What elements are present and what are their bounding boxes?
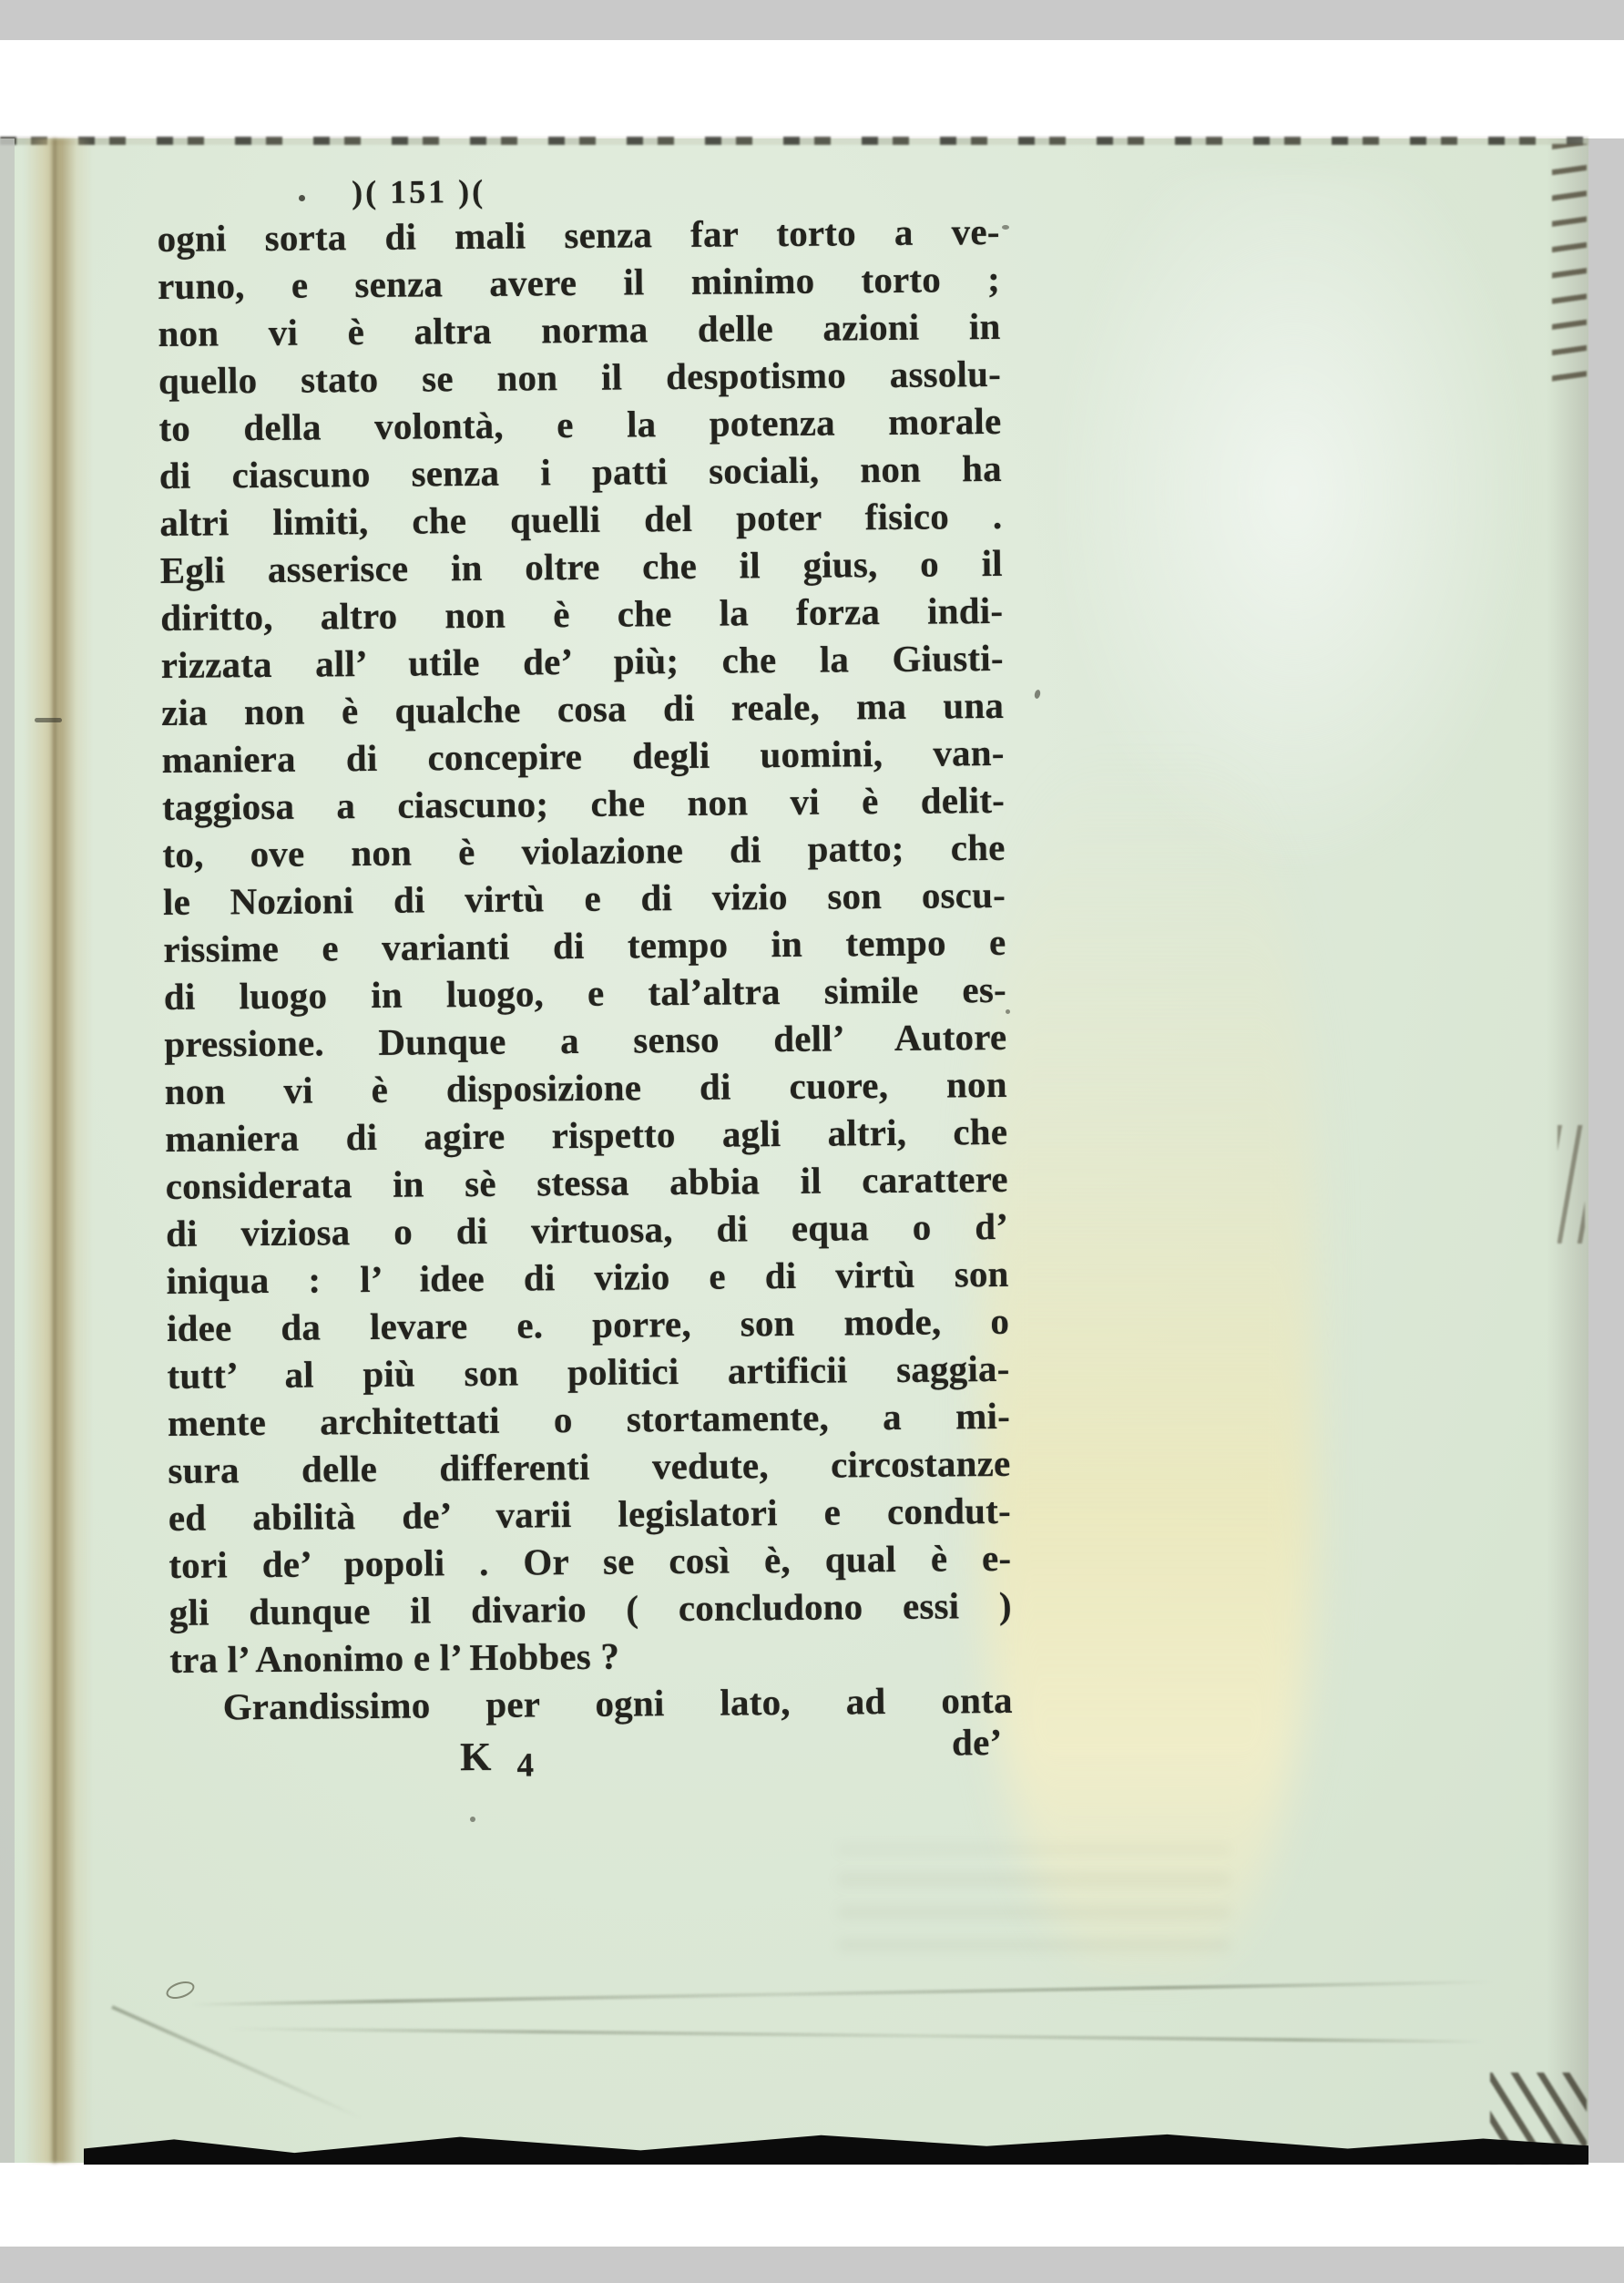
text-line: ed abilità de’ varii legislatori e condu… [169, 1487, 1011, 1541]
text-line: non vi è altra norma delle azioni in [158, 302, 1000, 357]
text-line: zia non è qualche cosa di reale, ma una [161, 681, 1004, 736]
text-line: runo, e senza avere il minimo torto ; [158, 255, 1000, 310]
text-line: maniera di concepire degli uomini, van- [161, 729, 1004, 783]
text-line: gli dunque il divario ( concludono essi … [169, 1582, 1012, 1636]
text-line: considerata in sè stessa abbia il caratt… [165, 1155, 1007, 1210]
text-line: to della volontà, e la potenza morale [158, 397, 1001, 452]
scanned-book-photo: )( 151 )( ogni sorta di mali senza far t… [0, 0, 1624, 2283]
text-line: le Nozioni di virtù e di vizio son oscu- [163, 871, 1006, 926]
text-line: iniqua : l’ idee di vizio e di virtù son [166, 1250, 1008, 1305]
text-column: )( 151 )( ogni sorta di mali senza far t… [157, 166, 1013, 1793]
scanner-white-band-bottom [0, 2163, 1624, 2247]
margin-dash [35, 718, 62, 722]
text-line: di ciascuno senza i patti sociali, non h… [159, 445, 1002, 499]
text-line: altri limiti, che quelli del poter fisic… [159, 492, 1002, 547]
text-line: to, ove non è violazione di patto; che [162, 824, 1005, 878]
signature-row: K4 de’ [170, 1729, 1014, 1793]
text-line: maniera di agire rispetto agli altri, ch… [165, 1108, 1007, 1162]
torn-edge-top-right [1552, 144, 1587, 390]
text-line: pressione. Dunque a senso dell’ Autore [164, 1013, 1006, 1068]
ink-bleedthrough [838, 1846, 1230, 1951]
body-text: ogni sorta di mali senza far torto a ve-… [157, 208, 1012, 1731]
page-left-edge-shade [0, 138, 15, 2163]
page-top-edge [0, 137, 1588, 145]
text-line: mente architettati o stortamente, a mi- [168, 1392, 1010, 1447]
signature-number: 4 [516, 1746, 536, 1784]
text-line: diritto, altro non è che la forza indi- [160, 587, 1003, 641]
signature-letter: K [460, 1735, 494, 1779]
text-line: tori de’ popoli . Or se così è, qual è e… [169, 1534, 1011, 1589]
text-line: rizzata all’ utile de’ più; che la Giust… [160, 634, 1003, 689]
ink-speck [1002, 225, 1009, 230]
text-line: Grandissimo per ogni lato, ad onta [169, 1676, 1012, 1731]
binding-fold [24, 138, 93, 2163]
text-line: rissime e varianti di tempo in tempo e [163, 918, 1006, 973]
binding-fold-line [53, 138, 56, 2163]
text-line: taggiosa a ciascuno; che non vi è delit- [162, 776, 1005, 831]
text-line: di viziosa o di virtuosa, di equa o d’ [166, 1203, 1008, 1257]
text-line: tra l’ Anonimo e l’ Hobbes ? [169, 1629, 1012, 1684]
text-line: tutt’ al più son politici artificii sagg… [167, 1345, 1009, 1399]
gathering-signature: K4 [460, 1733, 536, 1780]
text-line: sura delle differenti vedute, circostanz… [168, 1439, 1010, 1494]
torn-edge-mid-right [1558, 1125, 1585, 1244]
scanner-white-band-top [0, 40, 1624, 138]
page-number-header: )( 151 )( [157, 166, 999, 215]
text-line: di luogo in luogo, e tal’altra simile es… [164, 966, 1006, 1020]
text-line: ogni sorta di mali senza far torto a ve- [157, 208, 999, 262]
text-line: non vi è disposizione di cuore, non [165, 1060, 1007, 1115]
ink-speck [470, 1817, 475, 1822]
text-line: Egli asserisce in oltre che il gius, o i… [160, 539, 1003, 594]
text-line: quello stato se non il despotismo assolu… [158, 350, 1001, 404]
catchword: de’ [952, 1720, 1003, 1764]
text-line: idee da levare e. porre, son mode, o [167, 1297, 1009, 1352]
paper-stain [982, 747, 1315, 1968]
